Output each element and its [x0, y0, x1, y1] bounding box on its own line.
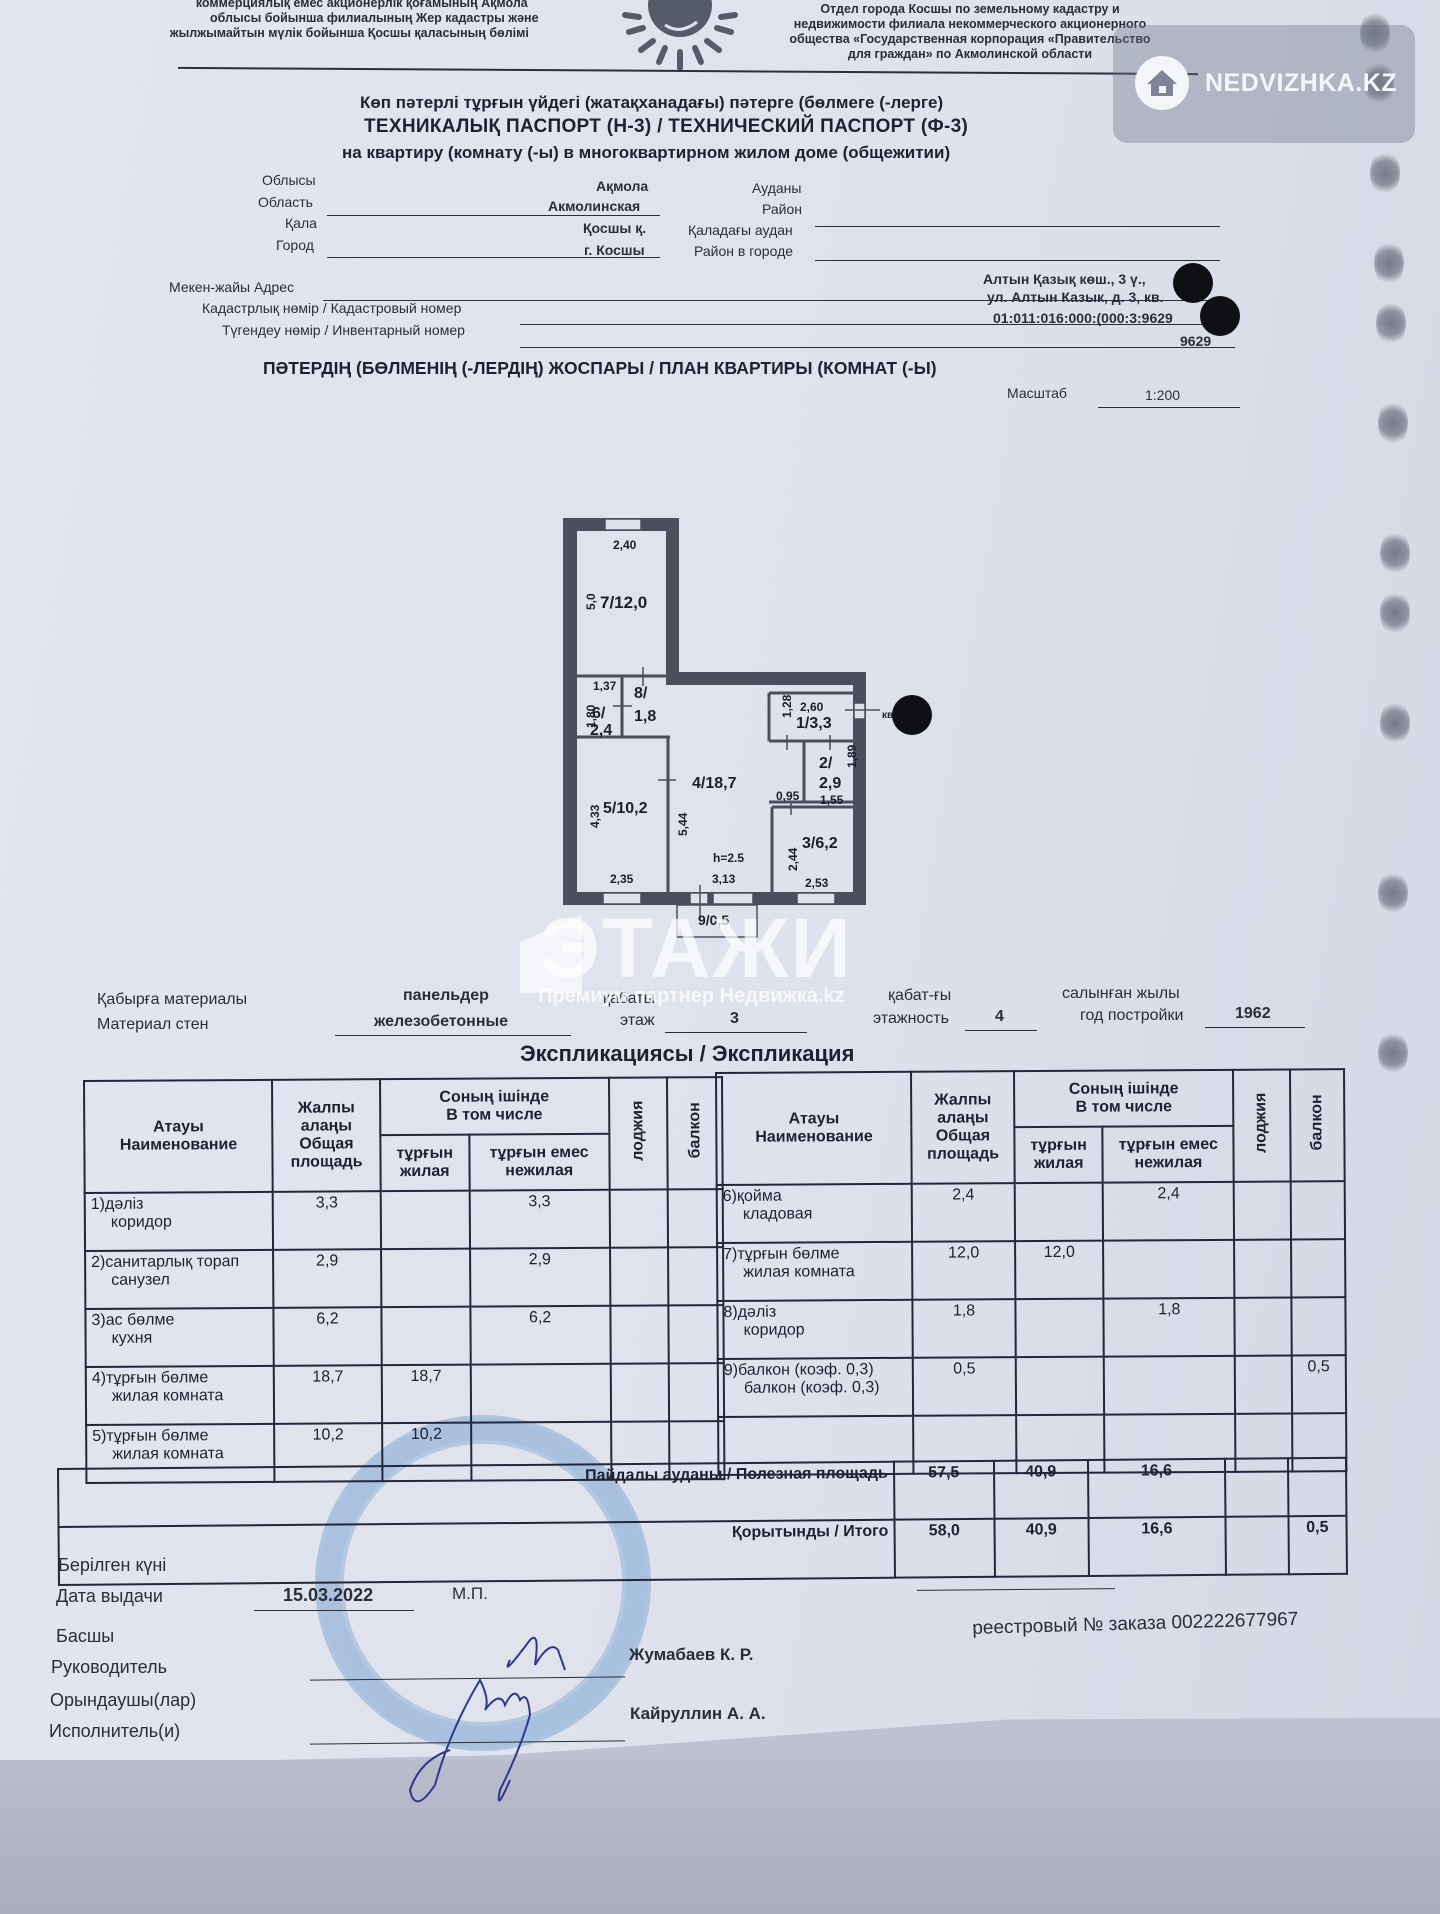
cell-living: 12,0 — [1015, 1241, 1104, 1300]
cell-nonliving — [1103, 1240, 1234, 1299]
explication-title: Экспликациясы / Экспликация — [520, 1041, 854, 1067]
floor-plan — [0, 0, 1440, 960]
table-row: 8)дәлізкоридор1,81,8 — [717, 1297, 1345, 1359]
col-loggia-header: лоджия — [1233, 1069, 1290, 1181]
year-value: 1962 — [1235, 1005, 1271, 1023]
cell-name: 4)тұрғын бөлмежилая комната — [86, 1366, 275, 1425]
cell-total: 2,4 — [912, 1183, 1015, 1242]
room-name-kz: 6)қойма — [723, 1187, 906, 1206]
room-name-ru: кухня — [92, 1329, 268, 1348]
totals-table: Пайдалы ауданы / Полезная площадь 57,5 4… — [57, 1457, 1348, 1586]
col-living-header: тұрғынжилая — [1014, 1127, 1103, 1184]
col-loggia-header: лоджия — [609, 1077, 668, 1189]
explication-table-right: АтауыНаименование ЖалпыалаңыОбщаяплощадь… — [715, 1068, 1347, 1476]
etazhi-watermark-sub: Премиум партнер Недвижка.kz — [538, 985, 845, 1008]
walls-label-kz: Қабырға материалы — [97, 991, 247, 1009]
cell-balcony — [1290, 1181, 1345, 1239]
room-label: 7/12,0 — [600, 593, 647, 613]
cell-loggia — [609, 1189, 668, 1247]
table-row: 3)ас бөлмекухня6,26,2 — [85, 1305, 723, 1367]
cell-total: 1,8 — [913, 1299, 1016, 1358]
cell-nonliving: 3,3 — [469, 1190, 609, 1249]
cell-loggia — [610, 1363, 669, 1421]
walls-underline — [335, 1035, 571, 1036]
room-name-kz: 5)тұрғын бөлме — [92, 1427, 268, 1446]
room-name-ru — [724, 1419, 907, 1420]
entrance-mark: кв — [882, 710, 893, 721]
floors-label-ru: этажность — [873, 1010, 949, 1028]
cell-nonliving — [471, 1364, 611, 1423]
cell-loggia — [1235, 1355, 1292, 1413]
table-row: 1)дәлізкоридор3,33,3 — [85, 1189, 723, 1251]
executor-label-ru: Исполнитель(и) — [49, 1721, 180, 1742]
room-label: 1,8 — [634, 708, 656, 726]
room-name-kz: 4)тұрғын бөлме — [92, 1369, 268, 1388]
cell-total: 3,3 — [273, 1191, 381, 1250]
col-total-header: ЖалпыалаңыОбщаяплощадь — [272, 1079, 380, 1192]
room-name-ru: жилая комната — [723, 1263, 906, 1282]
background-surface — [0, 1760, 1440, 1914]
dimension: 0,95 — [776, 789, 799, 803]
floors-value: 4 — [995, 1008, 1004, 1026]
walls-value-kz: панельдер — [403, 987, 489, 1005]
cell-total: 18,7 — [274, 1365, 382, 1424]
cell-loggia — [1234, 1181, 1291, 1239]
room-label: 2,9 — [819, 775, 841, 793]
cell-nonliving: 1,8 — [1104, 1298, 1235, 1357]
cell-balcony: 0,5 — [1291, 1355, 1346, 1413]
dimension: 3,13 — [712, 872, 735, 886]
floor-value: 3 — [730, 1010, 739, 1028]
cell-nonliving — [1104, 1356, 1235, 1415]
dimension: 2,44 — [786, 848, 800, 871]
col-incl-header: Соның ішіндеВ том числе — [380, 1078, 609, 1135]
cell-total: 0,5 — [913, 1357, 1016, 1416]
cell-balcony — [669, 1305, 724, 1363]
cell-balcony — [669, 1363, 724, 1421]
cell-total: 2,9 — [273, 1249, 381, 1308]
room-name-ru: жилая комната — [92, 1445, 268, 1464]
room-label: 5/10,2 — [603, 800, 647, 818]
dimension: 2,35 — [610, 872, 633, 886]
room-label: 1/3,3 — [796, 715, 832, 733]
room-name-kz: 9)балкон (коэф. 0,3) — [724, 1361, 907, 1380]
cell-loggia — [610, 1305, 669, 1363]
cell-total: 12,0 — [912, 1241, 1015, 1300]
walls-label-ru: Материал стен — [97, 1016, 209, 1034]
cell-living — [381, 1307, 470, 1366]
col-name-header: АтауыНаименование — [716, 1072, 912, 1185]
room-name-kz: 8)дәліз — [723, 1303, 906, 1322]
room-name-kz: 1)дәліз — [91, 1195, 267, 1214]
year-label-kz: салынған жылы — [1062, 985, 1180, 1003]
col-nonliving-header: тұрғын емеснежилая — [469, 1134, 609, 1191]
walls-value-ru: железобетонные — [374, 1013, 508, 1031]
col-name-header: АтауыНаименование — [84, 1080, 273, 1193]
col-balcony-header: балкон — [1290, 1069, 1345, 1181]
cell-balcony — [1291, 1239, 1346, 1297]
dimension: 1,37 — [593, 679, 616, 693]
table-row: 2)санитарлық торапсанузел2,92,9 — [85, 1247, 723, 1309]
room-name-ru: коридор — [724, 1321, 907, 1340]
year-label-ru: год постройки — [1080, 1007, 1183, 1025]
cell-balcony — [1291, 1297, 1346, 1355]
cell-name: 8)дәлізкоридор — [717, 1300, 913, 1359]
table-row: 6)қоймакладовая2,42,4 — [717, 1181, 1345, 1243]
dimension: 2,53 — [805, 876, 828, 890]
dimension: 1,89 — [845, 745, 859, 768]
executor-label-kz: Орындаушы(лар) — [50, 1690, 196, 1711]
dimension: 1,80 — [584, 705, 598, 728]
floors-label-kz: қабат-ғы — [888, 987, 951, 1005]
issue-date-label-ru: Дата выдачи — [56, 1586, 163, 1607]
dimension: 5,0 — [584, 593, 598, 610]
executor-name: Кайруллин А. А. — [630, 1704, 766, 1724]
room-name-ru: коридор — [91, 1213, 267, 1232]
cell-living — [1015, 1299, 1104, 1358]
grand-total-row: Қорытынды / Итого 58,0 40,9 16,6 0,5 — [59, 1516, 1347, 1585]
cell-loggia — [1235, 1297, 1292, 1355]
issue-date-value: 15.03.2022 — [283, 1585, 373, 1606]
room-name-kz: 7)тұрғын бөлме — [723, 1245, 906, 1264]
cell-name: 6)қоймакладовая — [717, 1184, 913, 1243]
dimension: 4,33 — [588, 805, 602, 828]
signature-icon — [390, 1620, 650, 1820]
issue-date-label-kz: Берілген күні — [58, 1555, 166, 1576]
col-living-header: тұрғынжилая — [380, 1135, 469, 1192]
col-incl-header: Соның ішіндеВ том числе — [1014, 1070, 1234, 1127]
cell-total: 6,2 — [274, 1307, 382, 1366]
room-label: 2/ — [819, 755, 832, 773]
head-label-ru: Руководитель — [51, 1657, 167, 1678]
dimension: 5,44 — [676, 813, 690, 836]
room-label: 3/6,2 — [802, 835, 838, 853]
cell-living — [1015, 1183, 1104, 1242]
head-label-kz: Басшы — [56, 1626, 114, 1647]
table-row: 7)тұрғын бөлмежилая комната12,012,0 — [717, 1239, 1345, 1301]
cell-living — [1016, 1357, 1105, 1416]
ceiling-height: h=2.5 — [713, 851, 744, 865]
issue-date-underline — [254, 1610, 414, 1611]
explication-table-left: АтауыНаименование ЖалпыалаңыОбщаяплощадь… — [83, 1076, 725, 1484]
cell-loggia — [1234, 1239, 1291, 1297]
room-name-kz: 2)санитарлық торап — [91, 1253, 267, 1272]
cell-nonliving: 6,2 — [470, 1306, 610, 1365]
cell-nonliving: 2,9 — [470, 1248, 610, 1307]
floors-underline — [965, 1030, 1037, 1031]
table-row: 4)тұрғын бөлмежилая комната18,718,7 — [86, 1363, 724, 1425]
room-name-ru: кладовая — [723, 1205, 906, 1224]
cell-name: 9)балкон (коэф. 0,3)балкон (коэф. 0,3) — [718, 1358, 914, 1417]
table-row: 9)балкон (коэф. 0,3)балкон (коэф. 0,3)0,… — [718, 1355, 1346, 1417]
cell-loggia — [610, 1247, 669, 1305]
cell-balcony — [668, 1189, 723, 1247]
dimension: 1,28 — [780, 695, 794, 718]
etazhi-watermark: ЭТАЖИ — [540, 900, 853, 997]
room-label: 8/ — [634, 685, 647, 703]
cell-living: 18,7 — [381, 1365, 470, 1424]
cell-living — [380, 1191, 469, 1250]
cell-name: 1)дәлізкоридор — [85, 1192, 274, 1251]
floor-underline — [665, 1032, 807, 1033]
room-label: 4/18,7 — [692, 775, 736, 793]
floor-label-ru: этаж — [620, 1012, 655, 1030]
cell-nonliving: 2,4 — [1103, 1182, 1234, 1241]
room-name-ru: балкон (коэф. 0,3) — [724, 1379, 907, 1398]
dimension: 2,60 — [800, 700, 823, 714]
room-name-ru: санузел — [91, 1271, 267, 1290]
room-name-kz: 3)ас бөлме — [91, 1311, 267, 1330]
dimension: 2,40 — [613, 538, 636, 552]
cell-name: 3)ас бөлмекухня — [85, 1308, 274, 1367]
cell-name: 2)санитарлық торапсанузел — [85, 1250, 274, 1309]
col-nonliving-header: тұрғын емеснежилая — [1103, 1126, 1234, 1183]
room-name-ru: жилая комната — [92, 1387, 268, 1406]
seal-label: М.П. — [452, 1584, 488, 1604]
cell-living — [381, 1249, 470, 1308]
dimension: 1,55 — [820, 793, 843, 807]
col-total-header: ЖалпыалаңыОбщаяплощадь — [911, 1071, 1014, 1184]
cell-name: 7)тұрғын бөлмежилая комната — [717, 1242, 913, 1301]
year-underline — [1205, 1027, 1305, 1028]
room-name-kz — [724, 1419, 907, 1420]
